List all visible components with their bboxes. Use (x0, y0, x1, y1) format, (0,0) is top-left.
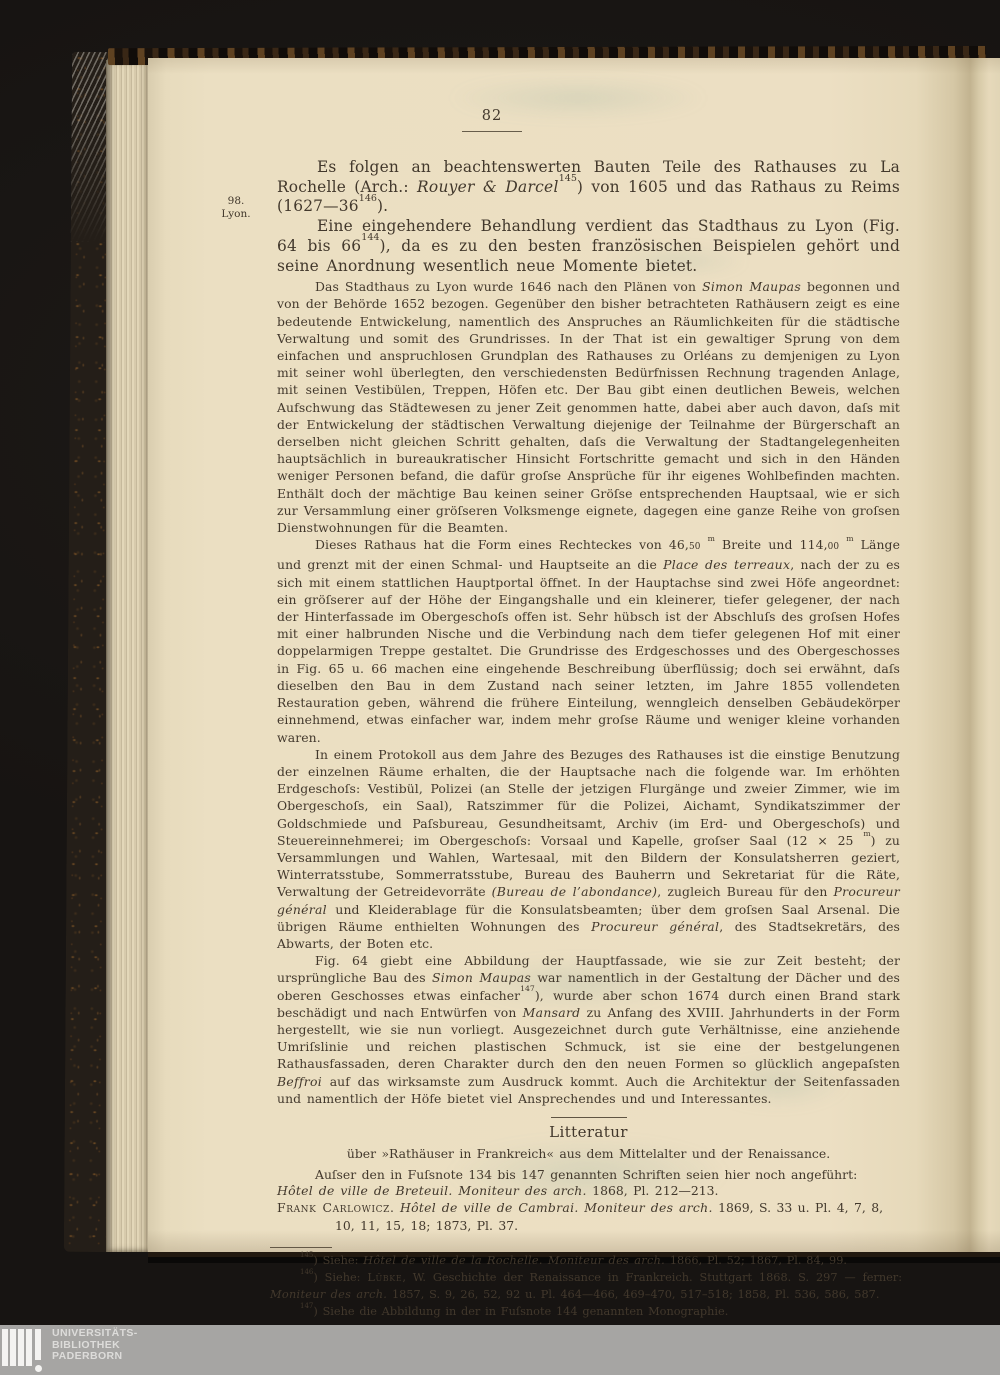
library-footer-band: UNIVERSITÄTS- BIBLIOTHEK PADERBORN (0, 1325, 1000, 1375)
footnote: 146) Siehe: Lübke, W. Geschichte der Ren… (270, 1269, 902, 1303)
logo-bar-icon (26, 1329, 32, 1366)
logo-bar-icon (18, 1329, 24, 1366)
body-paragraph: In einem Protokoll aus dem Jahre des Bez… (277, 746, 900, 952)
footnote-separator-rule (270, 1247, 332, 1248)
body-paragraph: Fig. 64 giebt eine Abbildung der Hauptfa… (277, 952, 900, 1107)
library-name-line: UNIVERSITÄTS- (52, 1328, 138, 1340)
body-paragraph: Dieses Rathaus hat die Form eines Rechte… (277, 536, 900, 745)
bibliography-entry: Hôtel de ville de Breteuil. Moniteur des… (277, 1182, 900, 1200)
page-fan-edges (106, 60, 152, 1252)
logo-dot-icon (35, 1365, 42, 1372)
bibliography-entry: Frank Carlowicz. Hôtel de ville de Cambr… (277, 1199, 900, 1234)
library-name-line: PADERBORN (52, 1351, 138, 1363)
footnote: 147) Siehe die Abbildung in der in Fuſsn… (270, 1303, 902, 1320)
margin-note-label: Lyon. (216, 208, 256, 221)
litteratur-subheading: über »Rathäuser in Frankreich« aus dem M… (277, 1146, 900, 1161)
logo-bar-icon (2, 1329, 8, 1366)
body-paragraph: Das Stadthaus zu Lyon wurde 1646 nach de… (277, 278, 900, 536)
margin-note-number: 98. (216, 195, 256, 208)
intro-section: Es folgen an beachtenswerten Bauten Teil… (277, 158, 900, 276)
logo-bar-icon (10, 1329, 16, 1366)
margin-note: 98. Lyon. (216, 195, 256, 221)
footnotes-section: 145) Siehe: Hôtel de ville de la Rochell… (270, 1252, 902, 1320)
litteratur-section: Litteratur über »Rathäuser in Frankreich… (277, 1123, 900, 1235)
intro-paragraph: Eine eingehendere Behandlung verdient da… (277, 217, 900, 276)
intro-paragraph: Es folgen an beachtenswerten Bauten Teil… (277, 158, 900, 217)
text-column: Es folgen an beachtenswerten Bauten Teil… (277, 158, 900, 1320)
page-number: 82 (462, 108, 522, 124)
library-logo-icon (1, 1327, 47, 1375)
footnote: 145) Siehe: Hôtel de ville de la Rochell… (270, 1252, 902, 1269)
litteratur-heading: Litteratur (277, 1123, 900, 1141)
page-number-rule (462, 131, 522, 132)
litteratur-intro-line: Auſser den in Fuſsnote 134 bis 147 genan… (277, 1167, 900, 1182)
body-section: Das Stadthaus zu Lyon wurde 1646 nach de… (277, 278, 900, 1107)
section-divider-rule (551, 1117, 627, 1118)
library-name: UNIVERSITÄTS- BIBLIOTHEK PADERBORN (52, 1328, 138, 1363)
book-page: 82 98. Lyon. Es folgen an beachtenswerte… (148, 58, 1000, 1257)
logo-bar-icon (35, 1329, 41, 1360)
